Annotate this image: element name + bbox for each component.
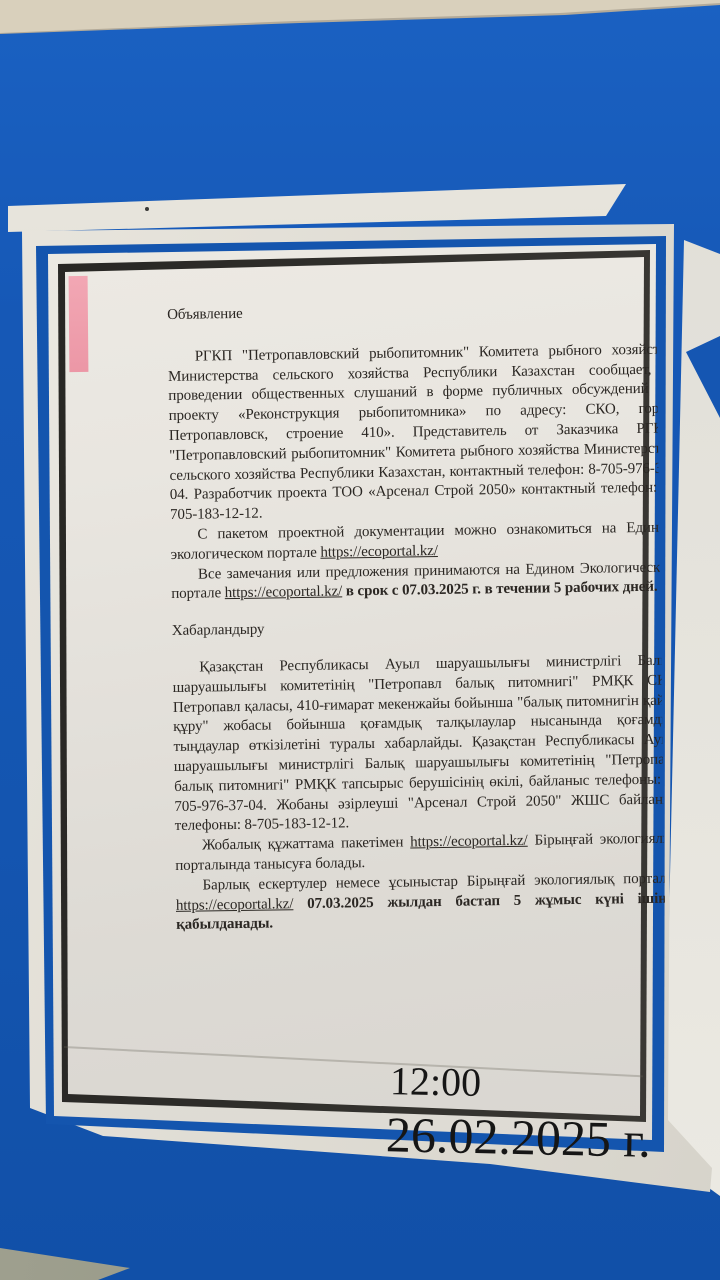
- ru-body: РГКП "Петропавловский рыбопитомник" Коми…: [168, 340, 667, 526]
- document-body: ОбъявлениеРГКП "Петропавловский рыбопито…: [167, 299, 666, 936]
- kz-body-segment-plain: Қазақстан Республикасы Ауыл шаруашылығы …: [173, 652, 667, 834]
- bulletin-board-photo: ОбъявлениеРГКП "Петропавловский рыбопито…: [0, 0, 720, 1280]
- kz-remarks: Барлық ескертулер немесе ұсыныстар Бірың…: [175, 869, 666, 936]
- time-text: 12:00: [390, 1057, 482, 1106]
- kz-portal-segment-plain: Жобалық құжаттама пакетімен: [202, 835, 410, 854]
- date-text: 26.02.2025 г.: [385, 1105, 651, 1169]
- kz-portal-segment-link: https://ecoportal.kz/: [410, 833, 528, 851]
- pin-dot: [145, 207, 149, 211]
- ru-title-segment-plain: Объявление: [167, 306, 243, 323]
- ru-body-segment-plain: РГКП "Петропавловский рыбопитомник" Коми…: [168, 341, 666, 523]
- pink-sticker: [69, 276, 89, 372]
- ru-remarks-segment-link: https://ecoportal.kz/: [225, 584, 343, 602]
- kz-remarks-segment-link: https://ecoportal.kz/: [176, 896, 294, 914]
- document-text-area: ОбъявлениеРГКП "Петропавловский рыбопито…: [167, 299, 666, 1006]
- kz-title-segment-plain: Хабарландыру: [172, 622, 265, 639]
- kz-body: Қазақстан Республикасы Ауыл шаруашылығы …: [172, 651, 666, 837]
- ru-remarks: Все замечания или предложения принимаютс…: [171, 558, 666, 605]
- ru-portal-segment-link: https://ecoportal.kz/: [320, 543, 438, 561]
- kz-title: Хабарландыру: [172, 615, 667, 642]
- ru-remarks-segment-bold: в срок с 07.03.2025 г. в течении 5 рабоч…: [342, 579, 658, 600]
